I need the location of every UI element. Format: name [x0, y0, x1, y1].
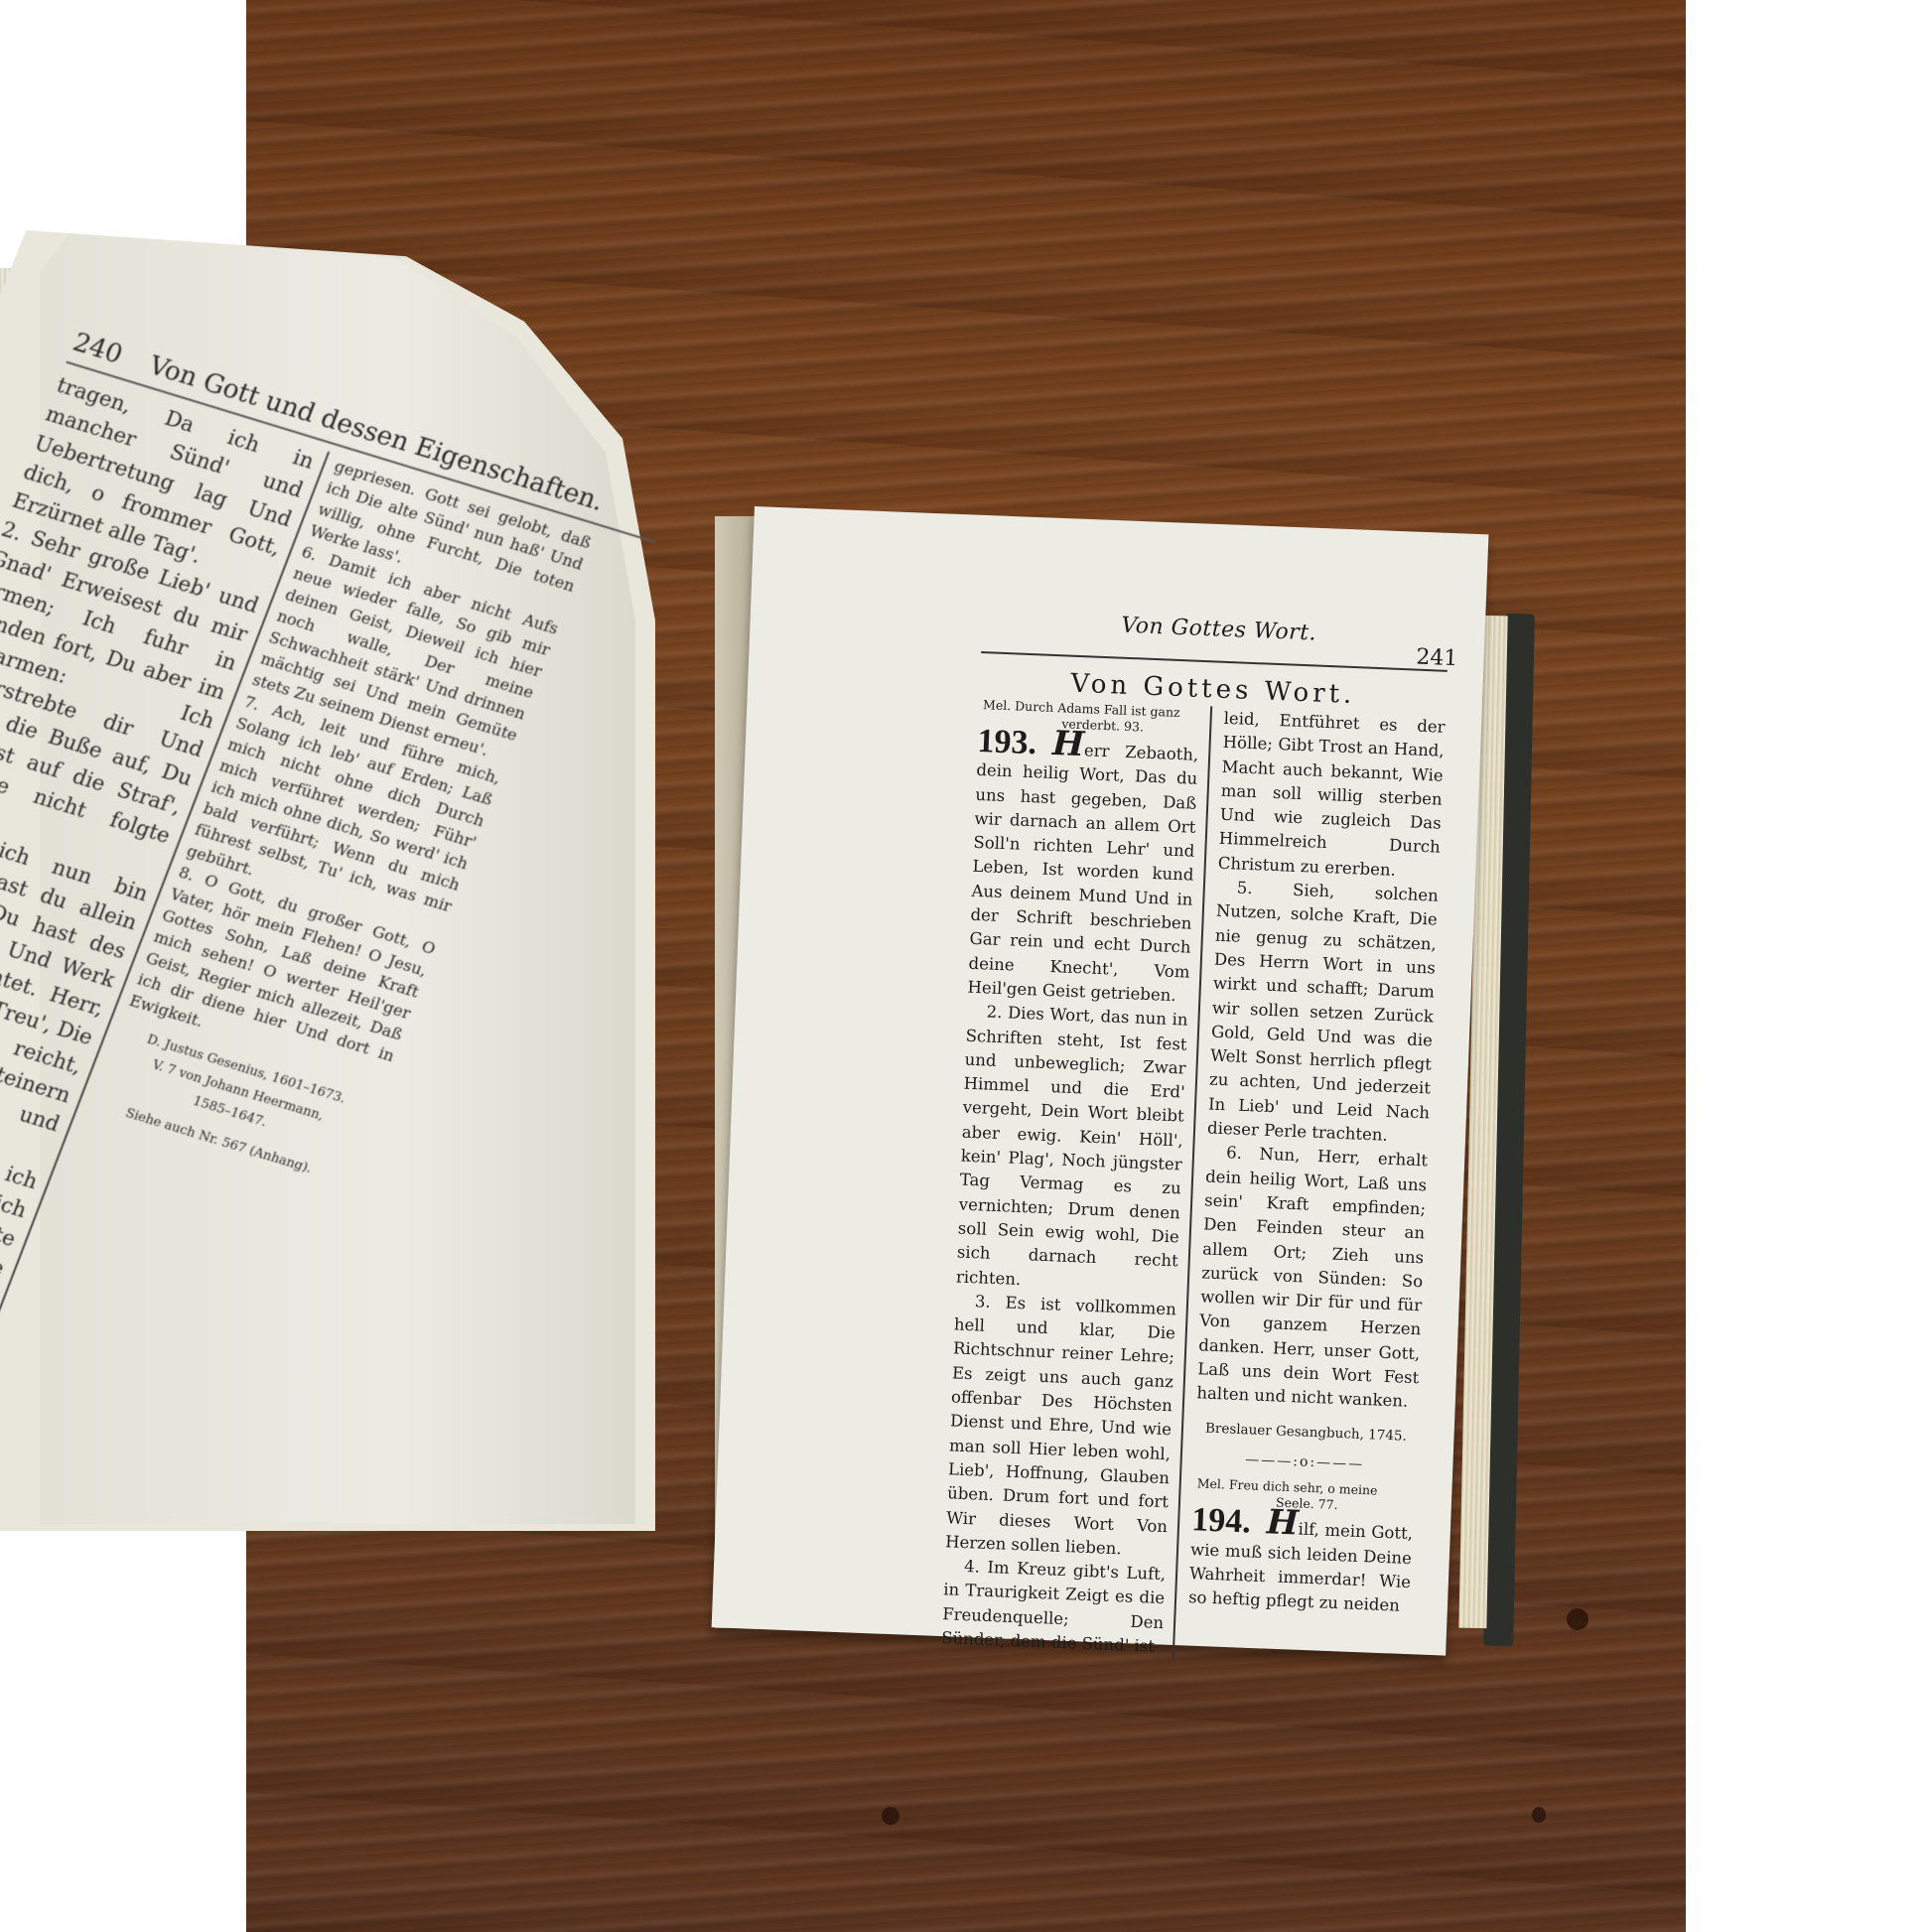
- drop-cap: H: [1266, 1502, 1300, 1543]
- wood-knot: [882, 1807, 899, 1825]
- verse: 5. Sieh, solchen Nutzen, solche Kraft, D…: [1207, 876, 1440, 1150]
- hymn-number: 193.: [977, 723, 1037, 761]
- verse: 6. Nun, Herr, erhalt dein heilig Wort, L…: [1196, 1141, 1429, 1415]
- wood-knot: [1532, 1807, 1546, 1823]
- hymn-divider: ———:o:———: [1193, 1446, 1416, 1478]
- right-page-text: Von Gottes Wort. 241 Von Gottes Wort. Me…: [941, 608, 1449, 1669]
- verse: 4. Im Kreuz gibt's Luft, in Traurigkeit …: [941, 1554, 1167, 1659]
- right-page-number: 241: [1416, 645, 1458, 672]
- verse: 2. Dies Wort, das nun in Schriften steht…: [955, 1000, 1188, 1298]
- melody-label: Mel.: [983, 697, 1012, 713]
- hymn-193: 193.Herr Zebaoth, dein heilig Wort, Das …: [967, 729, 1199, 1009]
- verse: err Zebaoth, dein heilig Wort, Das du un…: [967, 741, 1198, 1005]
- hymn-number: 194.: [1191, 1501, 1252, 1540]
- right-column-a: Mel. Durch Adams Fall ist ganz verderbt.…: [941, 697, 1212, 1660]
- hymn-194: 194.Hilf, mein Gott, wie muß sich leiden…: [1188, 1507, 1414, 1618]
- verse: leid, Entführet es der Hölle; Gibt Trost…: [1217, 707, 1446, 885]
- wood-knot: [1567, 1608, 1588, 1630]
- drop-cap: H: [1051, 724, 1085, 764]
- melody-label: Mel.: [1196, 1476, 1225, 1492]
- verse: 3. Es ist vollkommen hell und klar, Die …: [945, 1289, 1177, 1563]
- right-column-b: leid, Entführet es der Hölle; Gibt Trost…: [1174, 706, 1446, 1669]
- hymn-193-attribution: Breslauer Gesangbuch, 1745.: [1195, 1416, 1418, 1449]
